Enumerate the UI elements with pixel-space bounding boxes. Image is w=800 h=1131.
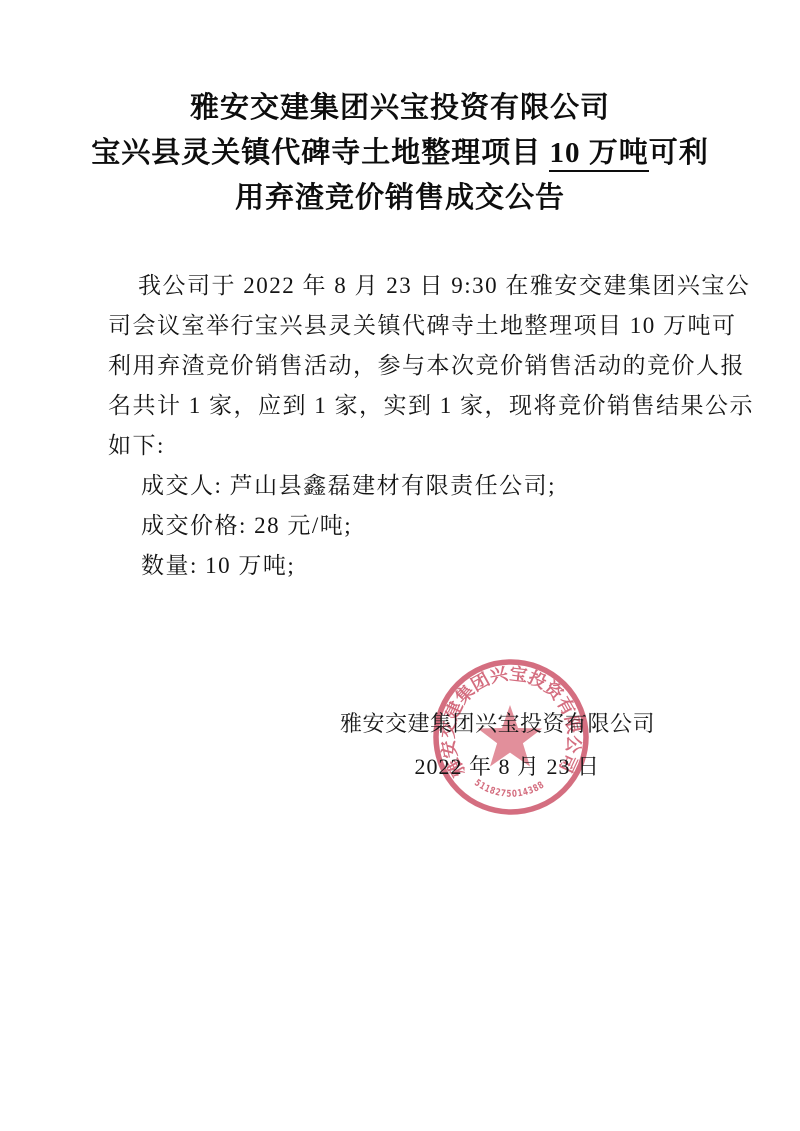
result-quantity-line: 数量: 10 万吨; [108, 546, 680, 586]
result-winner-line: 成交人: 芦山县鑫磊建材有限责任公司; [108, 466, 680, 506]
signature-date: 2022 年 8 月 23 日 [414, 753, 600, 781]
title-line-2-post: 可利 [649, 137, 709, 169]
title-line-2: 宝兴县灵关镇代碑寺土地整理项目 10 万吨可利 [60, 131, 740, 176]
title-line-1: 雅安交建集团兴宝投资有限公司 [60, 86, 740, 131]
announcement-document-page: 雅安交建集团兴宝投资有限公司 宝兴县灵关镇代碑寺土地整理项目 10 万吨可利 用… [0, 0, 800, 1131]
paragraph-line: 我公司于 2022 年 8 月 23 日 9:30 在雅安交建集团兴宝公 [108, 266, 680, 306]
paragraph-line: 名共计 1 家，应到 1 家，实到 1 家，现将竞价销售结果公示 [108, 386, 680, 426]
signature-company-name: 雅安交建集团兴宝投资有限公司 [340, 710, 655, 738]
title-line-3: 用弃渣竞价销售成交公告 [60, 176, 740, 221]
paragraph-line: 如下: [108, 426, 680, 466]
paragraph-line: 利用弃渣竞价销售活动，参与本次竞价销售活动的竞价人报 [108, 346, 680, 386]
title-underlined-quantity: 10 万吨 [549, 137, 648, 172]
document-title: 雅安交建集团兴宝投资有限公司 宝兴县灵关镇代碑寺土地整理项目 10 万吨可利 用… [60, 86, 740, 221]
document-body: 我公司于 2022 年 8 月 23 日 9:30 在雅安交建集团兴宝公 司会议… [108, 266, 680, 586]
result-price-line: 成交价格: 28 元/吨; [108, 506, 680, 546]
paragraph-line: 司会议室举行宝兴县灵关镇代碑寺土地整理项目 10 万吨可 [108, 306, 680, 346]
title-line-2-pre: 宝兴县灵关镇代碑寺土地整理项目 [91, 137, 549, 169]
